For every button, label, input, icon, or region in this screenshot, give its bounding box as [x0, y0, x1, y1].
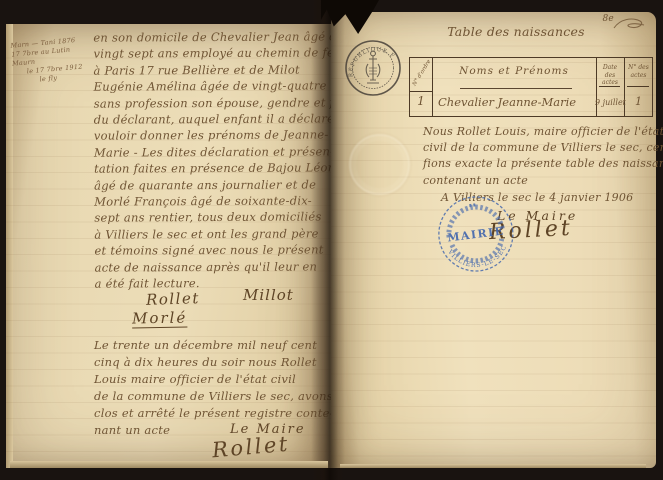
manuscript-line: à Villiers le sec et ont les grand père	[94, 225, 336, 243]
page-edge-bottom	[10, 461, 328, 468]
manuscript-line: et témoins signé avec nous le présent	[94, 242, 336, 260]
manuscript-line: contenant un acte	[423, 173, 657, 189]
binding-gutter	[311, 0, 345, 480]
cell-noms: Chevalier Jeanne-Marie	[438, 95, 576, 109]
manuscript-line: Nous Rollet Louis, maire officier de l'é…	[423, 124, 657, 140]
manuscript-line: fions exacte la présente table des naiss…	[423, 156, 657, 172]
republique-francaise-seal-icon: RÉPUBLIQUE FRANÇAISE	[343, 37, 403, 99]
manuscript-line: Morlé François âgé de soixante-dix-	[94, 192, 336, 210]
cell-ordre: 1	[410, 94, 432, 108]
manuscript-line: clos et arrêté le présent registre conte…	[94, 405, 336, 422]
manuscript-line: à Paris 17 rue Bellière et de Milot	[93, 61, 335, 79]
manuscript-line: du déclarant, auquel enfant il a déclaré	[94, 110, 336, 128]
certification-text: Nous Rollet Louis, maire officier de l'é…	[423, 124, 657, 189]
column-header-numero: N° des actes	[625, 64, 652, 79]
manuscript-line: de la commune de Villiers le sec, avons	[94, 388, 336, 405]
manuscript-line: sans profession son épouse, gendre et fi…	[94, 94, 336, 112]
page-title: Table des naissances	[391, 24, 641, 39]
signature-millot: Millot	[243, 286, 294, 304]
manuscript-line: âgé de quarante ans journalier et de	[94, 176, 336, 194]
mairie-stamp-text: MAIRIE	[447, 225, 506, 245]
signature-morle: Morlé	[132, 309, 188, 328]
mairie-stamp-icon: MAIRIE VILLIERS-LE-SEC	[430, 188, 522, 281]
signature-rollet: Rollet	[146, 289, 200, 309]
header-separator	[599, 86, 620, 87]
manuscript-line: Marie - Les dites déclaration et présen-	[94, 143, 336, 161]
margin-annotation: Marn — Tani 1876 17 7bre au Lutin Maurn …	[10, 34, 98, 86]
register-scan: Marn — Tani 1876 17 7bre au Lutin Maurn …	[0, 0, 663, 480]
manuscript-line: cinq à dix heures du soir nous Rollet	[94, 354, 336, 371]
act-body-text: en son domicile de Chevalier Jean âgé de…	[93, 28, 336, 292]
header-underline	[460, 88, 572, 89]
manuscript-line: Le trente un décembre mil neuf cent	[94, 337, 336, 354]
manuscript-line: vouloir donner les prénoms de Jeanne-	[94, 127, 336, 145]
cell-date: 9 juillet	[595, 98, 624, 107]
left-page: Marn — Tani 1876 17 7bre au Lutin Maurn …	[6, 24, 331, 468]
manuscript-line: en son domicile de Chevalier Jean âgé de	[93, 28, 335, 46]
header-separator	[410, 91, 432, 92]
manuscript-line: vingt sept ans employé au chemin de fer	[93, 45, 335, 63]
manuscript-line: acte de naissance après qu'il leur en	[95, 258, 337, 276]
page-edge-bottom	[340, 464, 646, 468]
manuscript-line: civil de la commune de Villiers le sec, …	[423, 140, 657, 156]
embossed-blind-stamp-icon	[349, 134, 410, 195]
manuscript-line: a été fait lecture.	[95, 274, 337, 292]
column-header-ordre: N° d'ordre	[410, 56, 434, 90]
column-header-noms: Noms et Prénoms	[432, 65, 596, 77]
column-header-date: Date des actes	[597, 64, 623, 87]
manuscript-line: Eugénie Amélina âgée de vingt-quatre ans	[94, 78, 336, 96]
manuscript-line: Louis maire officier de l'état civil	[94, 371, 336, 388]
manuscript-line: sept ans rentier, tous deux domiciliés	[94, 209, 336, 227]
header-separator	[627, 86, 649, 87]
manuscript-line: tation faites en présence de Bajou Léon	[94, 160, 336, 178]
cell-numero: 1	[624, 95, 653, 108]
births-table: N° d'ordre Noms et Prénoms Date des acte…	[409, 57, 653, 117]
